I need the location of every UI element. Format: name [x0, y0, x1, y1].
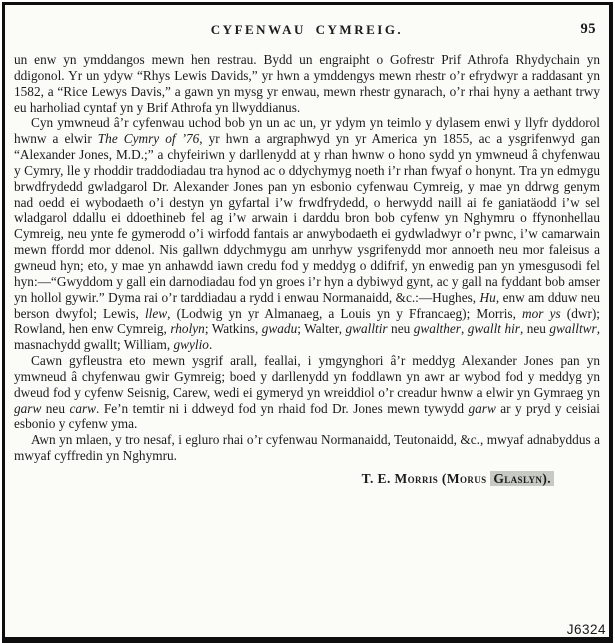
running-title: CYFENWAU CYMREIG.	[211, 22, 403, 37]
page-header: CYFENWAU CYMREIG. 95	[14, 21, 600, 39]
scanned-book-page: CYFENWAU CYMREIG. 95 un enw yn ymddangos…	[0, 0, 615, 643]
paragraph-2: Cyn ymwneud â’r cyfenwau uchod bob yn un…	[14, 115, 600, 353]
paragraph-3: Cawn gyfleustra eto mewn ysgrif arall, f…	[14, 353, 600, 432]
reference-code: J6324	[567, 622, 606, 637]
page-frame: CYFENWAU CYMREIG. 95 un enw yn ymddangos…	[2, 2, 613, 643]
page-number: 95	[581, 21, 597, 38]
author-signature: T. E. Morris (Morus Glaslyn).	[14, 471, 600, 487]
page-body: un enw yn ymddangos mewn hen restrau. By…	[14, 52, 600, 464]
paragraph-1: un enw yn ymddangos mewn hen restrau. By…	[14, 52, 600, 115]
paragraph-4: Awn yn mlaen, y tro nesaf, i egluro rhai…	[14, 432, 600, 464]
